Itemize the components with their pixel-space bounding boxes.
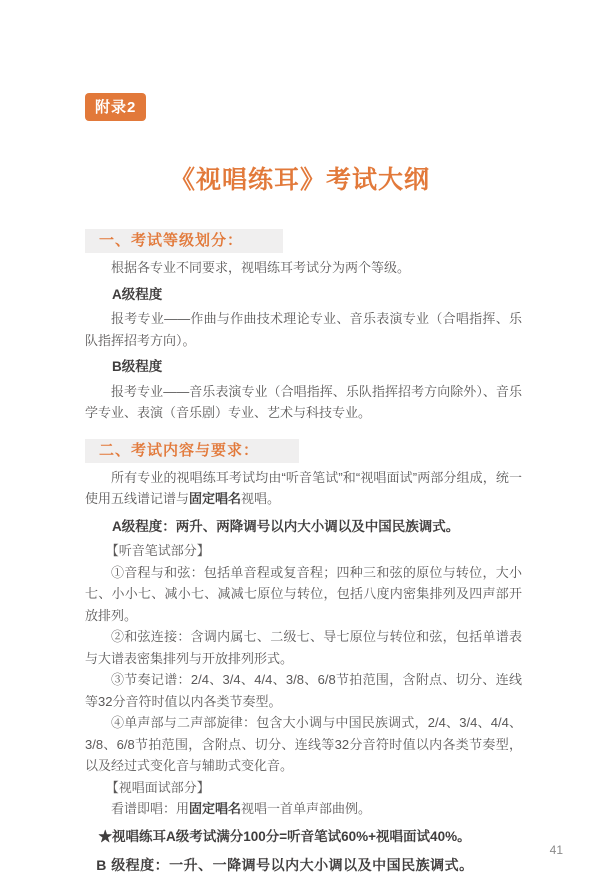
level-b-requirement: B 级程度：一升、一降调号以内大小调以及中国民族调式。: [85, 855, 522, 877]
section-exam-content: 二、考试内容与要求： 所有专业的视唱练耳考试均由“听音笔试”和“视唱面试”两部分…: [85, 439, 522, 877]
listening-part-header: 【听音笔试部分】: [85, 540, 522, 562]
level-a-label: A级程度: [85, 284, 522, 306]
level-a-requirement: A级程度：两升、两降调号以内大小调以及中国民族调式。: [85, 516, 522, 538]
section-1-heading: 一、考试等级划分：: [85, 229, 283, 253]
sightsinging-prefix: 看谱即唱：用: [111, 801, 189, 816]
listening-item-chord-progression: ②和弦连接：含调内属七、二级七、导七原位与转位和弦，包括单谱表与大谱表密集排列与…: [85, 626, 522, 669]
level-b-label: B级程度: [85, 356, 522, 378]
score-note: ★视唱练耳A级考试满分100分=听音笔试60%+视唱面试40%。: [85, 826, 522, 848]
document-title: 《视唱练耳》考试大纲: [0, 160, 600, 196]
sightsinging-suffix: 视唱一首单声部曲例。: [241, 801, 371, 816]
section-exam-levels: 一、考试等级划分： 根据各专业不同要求，视唱练耳考试分为两个等级。 A级程度 报…: [85, 229, 522, 424]
level-b-majors: 报考专业——音乐表演专业（合唱指挥、乐队指挥招考方向除外）、音乐学专业、表演（音…: [85, 381, 522, 424]
fixed-do-term-2: 固定唱名: [189, 801, 241, 816]
listening-item-melody: ④单声部与二声部旋律：包含大小调与中国民族调式，2/4、3/4、4/4、3/8、…: [85, 712, 522, 777]
section-2-intro: 所有专业的视唱练耳考试均由“听音笔试”和“视唱面试”两部分组成，统一使用五线谱记…: [85, 467, 522, 510]
appendix-badge: 附录2: [85, 93, 146, 121]
sightsinging-line: 看谱即唱：用固定唱名视唱一首单声部曲例。: [85, 798, 522, 820]
section-2-heading: 二、考试内容与要求：: [85, 439, 299, 463]
section-2-intro-suffix: 视唱。: [241, 491, 280, 506]
page-number: 41: [550, 843, 563, 857]
listening-item-intervals-chords: ①音程与和弦：包括单音程或复音程；四种三和弦的原位与转位，大小七、小小七、减小七…: [85, 562, 522, 627]
document-body: 一、考试等级划分： 根据各专业不同要求，视唱练耳考试分为两个等级。 A级程度 报…: [85, 229, 522, 877]
listening-item-rhythm-notation: ③节奏记谱：2/4、3/4、4/4、3/8、6/8节拍范围，含附点、切分、连线等…: [85, 669, 522, 712]
level-a-majors: 报考专业——作曲与作曲技术理论专业、音乐表演专业（合唱指挥、乐队指挥招考方向）。: [85, 308, 522, 351]
section-2-intro-prefix: 所有专业的视唱练耳考试均由“听音笔试”和“视唱面试”两部分组成，统一使用五线谱记…: [85, 470, 522, 507]
document-page: 附录2 《视唱练耳》考试大纲 一、考试等级划分： 根据各专业不同要求，视唱练耳考…: [0, 0, 600, 884]
sightsinging-part-header: 【视唱面试部分】: [85, 777, 522, 799]
section-1-intro: 根据各专业不同要求，视唱练耳考试分为两个等级。: [85, 257, 522, 279]
fixed-do-term: 固定唱名: [189, 491, 241, 506]
